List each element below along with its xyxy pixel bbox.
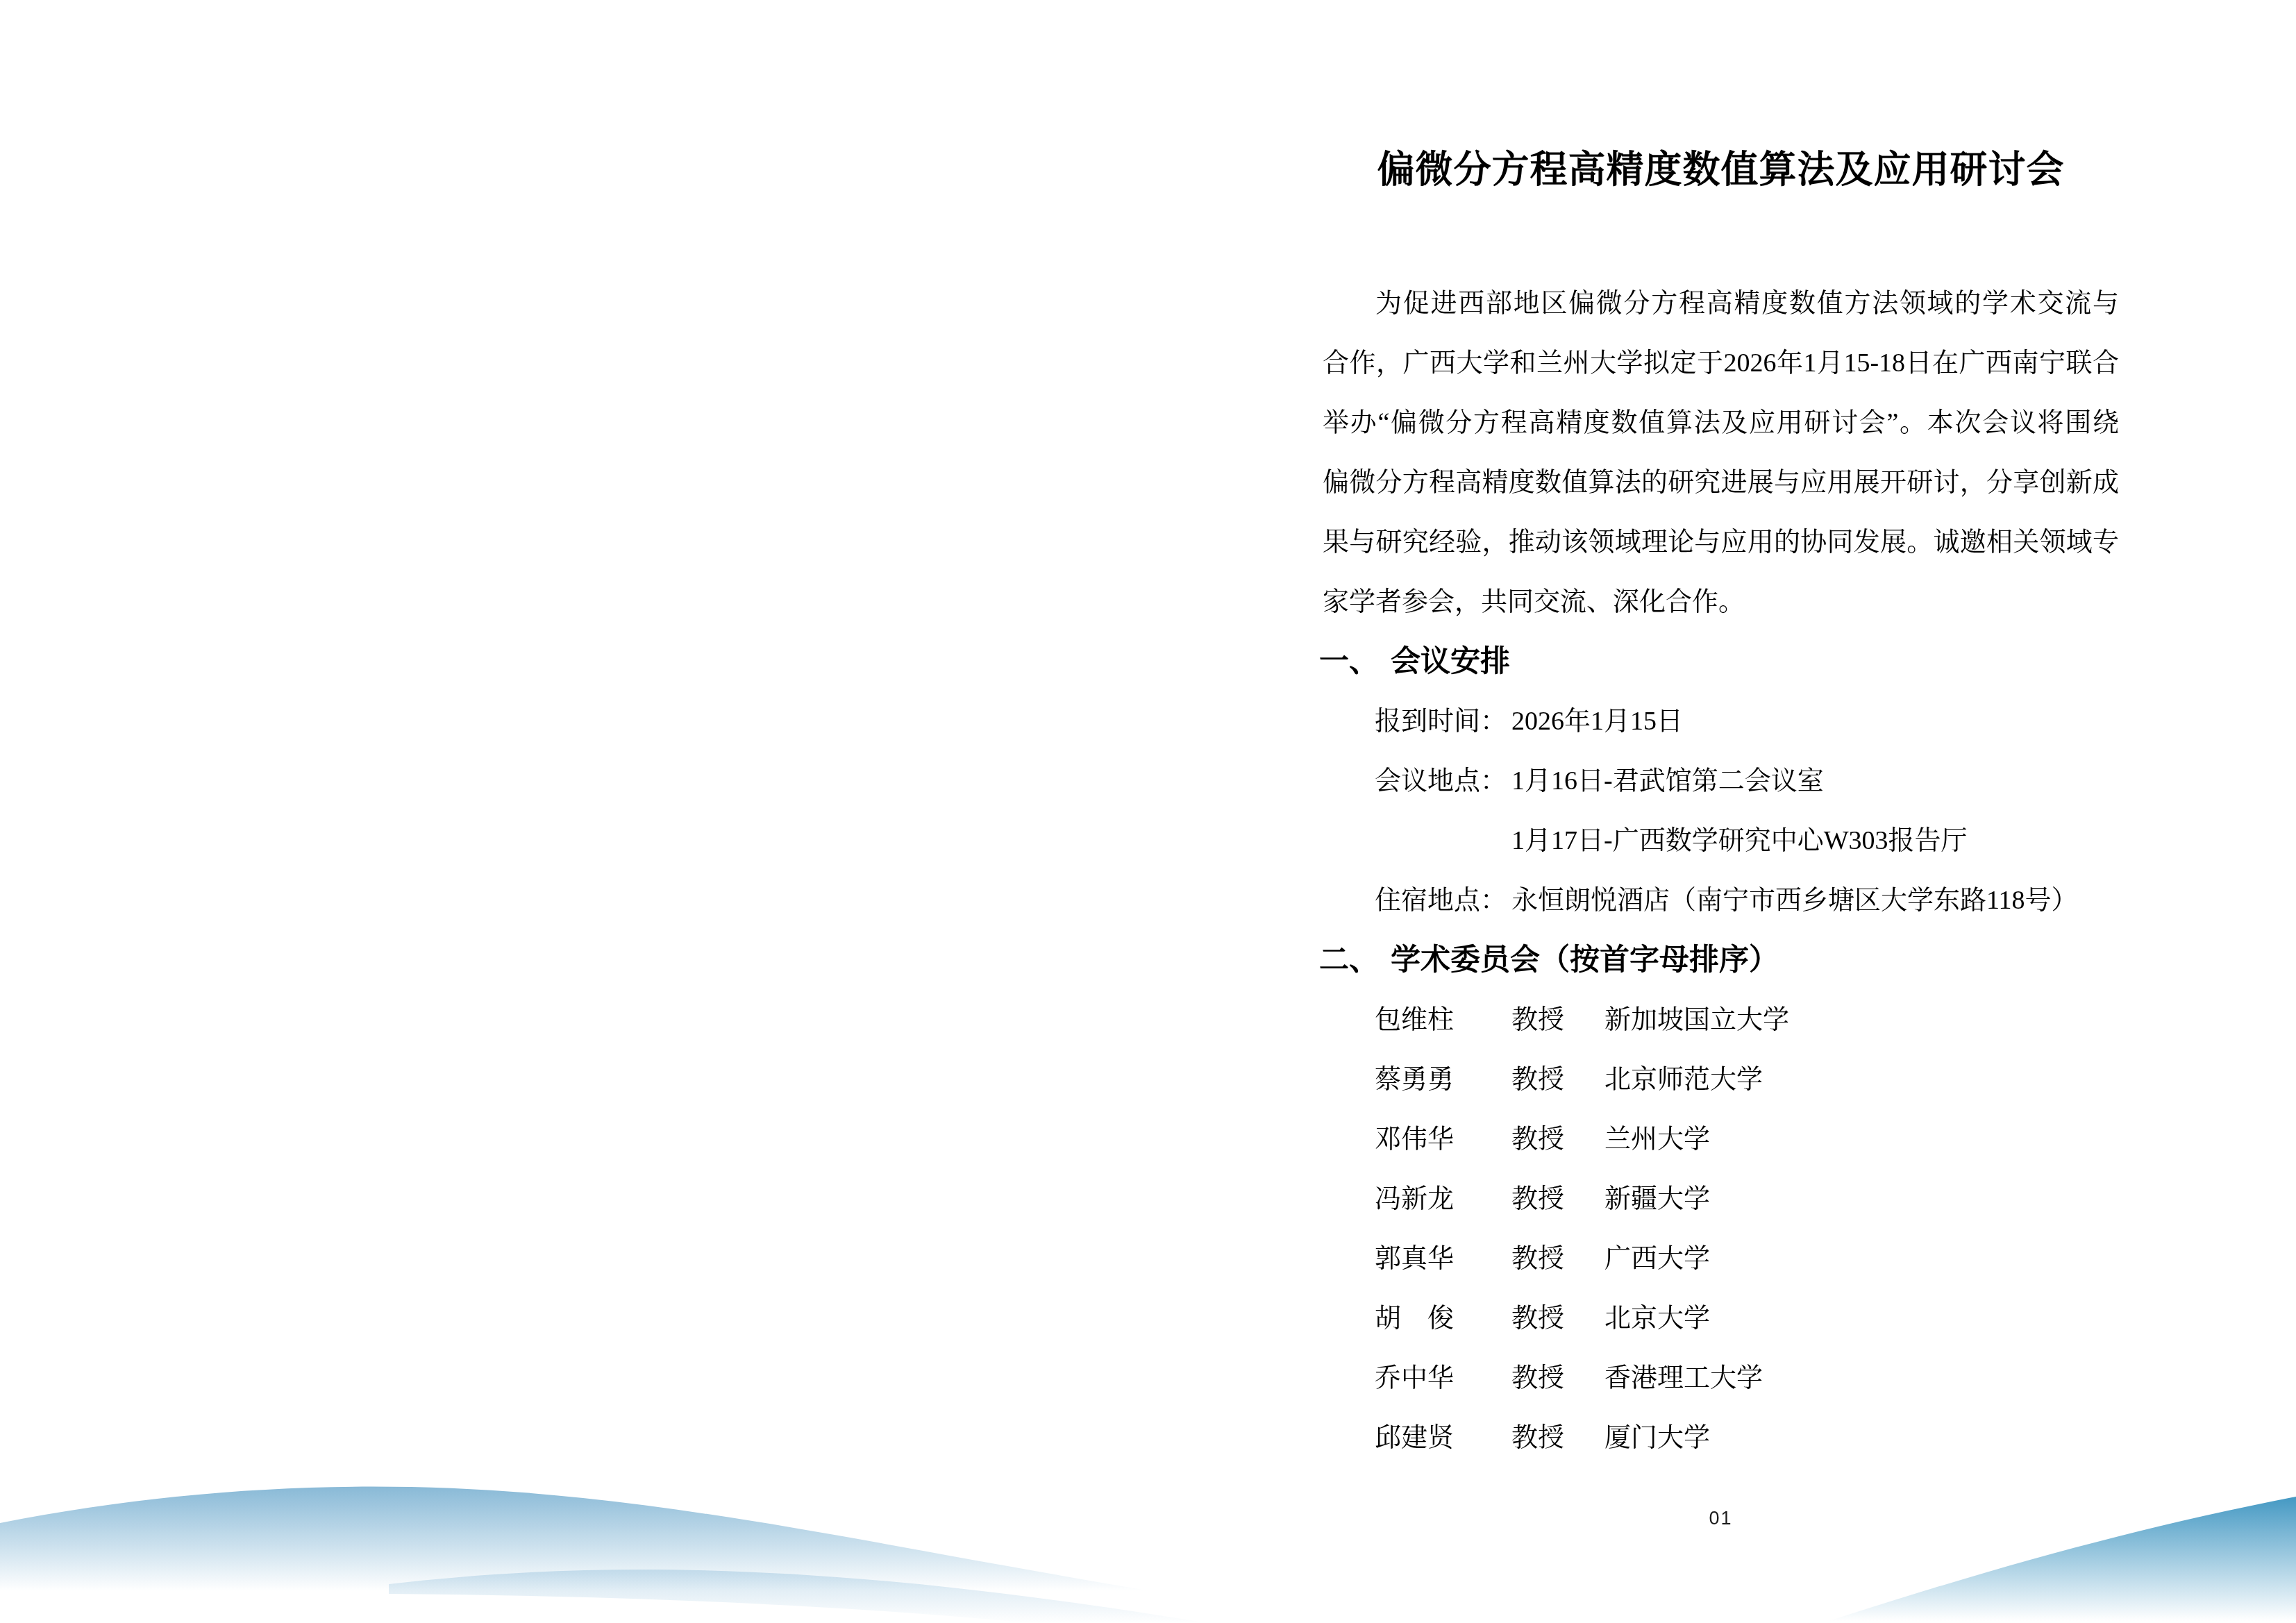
- member-title: 教授: [1511, 1288, 1604, 1348]
- member-university: 新加坡国立大学: [1604, 990, 1789, 1050]
- item-value: 永恒朗悦酒店（南宁市西乡塘区大学东路118号）: [1511, 886, 2078, 915]
- intro-line: 偏微分方程高精度数值算法的研究进展与应用展开研讨，分享创新成: [1323, 453, 2119, 512]
- member-title: 教授: [1511, 990, 1604, 1050]
- member-university: 广西大学: [1604, 1229, 1710, 1288]
- member-university: 兰州大学: [1604, 1109, 1710, 1169]
- section-heading-committee: 二、学术委员会（按首字母排序）: [1319, 930, 2119, 990]
- member-title: 教授: [1511, 1229, 1604, 1288]
- page-number: 01: [1323, 1508, 2119, 1529]
- committee-row: 胡 俊教授北京大学: [1323, 1288, 2119, 1348]
- member-university: 北京大学: [1604, 1288, 1710, 1348]
- arrangement-item-venue: 会议地点：1月16日-君武馆第二会议室: [1323, 751, 2119, 811]
- member-name: 郭真华: [1375, 1229, 1511, 1288]
- item-value: 2026年1月15日: [1511, 707, 1683, 736]
- intro-line: 合作，广西大学和兰州大学拟定于2026年1月15-18日在广西南宁联合: [1323, 333, 2119, 393]
- committee-row: 邱建贤教授厦门大学: [1323, 1408, 2119, 1468]
- member-title: 教授: [1511, 1109, 1604, 1169]
- member-university: 厦门大学: [1604, 1408, 1710, 1468]
- member-name: 蔡勇勇: [1375, 1050, 1511, 1109]
- intro-line: 家学者参会，共同交流、深化合作。: [1323, 572, 2119, 632]
- committee-row: 包维柱教授新加坡国立大学: [1323, 990, 2119, 1050]
- committee-row: 郭真华教授广西大学: [1323, 1229, 2119, 1288]
- member-name: 邓伟华: [1375, 1109, 1511, 1169]
- item-label: 住宿地点：: [1375, 871, 1511, 930]
- content-column: 为促进西部地区偏微分方程高精度数值方法领域的学术交流与 合作，广西大学和兰州大学…: [1323, 274, 2119, 1468]
- arrangement-item-hotel: 住宿地点：永恒朗悦酒店（南宁市西乡塘区大学东路118号）: [1323, 871, 2119, 930]
- intro-line: 为促进西部地区偏微分方程高精度数值方法领域的学术交流与: [1323, 274, 2119, 333]
- member-university: 新疆大学: [1604, 1169, 1710, 1229]
- page-title: 偏微分方程高精度数值算法及应用研讨会: [1323, 150, 2119, 190]
- arrangement-item-checkin: 报到时间：2026年1月15日: [1323, 691, 2119, 751]
- section-title: 学术委员会（按首字母排序）: [1391, 943, 1779, 977]
- section-numeral: 一、: [1319, 632, 1391, 691]
- member-title: 教授: [1511, 1169, 1604, 1229]
- arrangement-item-venue-day2: 1月17日-广西数学研究中心W303报告厅: [1323, 811, 2119, 871]
- member-title: 教授: [1511, 1408, 1604, 1468]
- member-name: 胡 俊: [1375, 1288, 1511, 1348]
- committee-row: 冯新龙教授新疆大学: [1323, 1169, 2119, 1229]
- section-title: 会议安排: [1391, 645, 1510, 678]
- item-label: 报到时间：: [1375, 691, 1511, 751]
- member-university: 香港理工大学: [1604, 1348, 1763, 1408]
- committee-row: 蔡勇勇教授北京师范大学: [1323, 1050, 2119, 1109]
- wave-left-main: [0, 1487, 1330, 1623]
- member-name: 包维柱: [1375, 990, 1511, 1050]
- document-page: 偏微分方程高精度数值算法及应用研讨会 为促进西部地区偏微分方程高精度数值方法领域…: [0, 0, 2296, 1623]
- intro-line: 举办“偏微分方程高精度数值算法及应用研讨会”。本次会议将围绕: [1323, 393, 2119, 453]
- intro-line: 果与研究经验，推动该领域理论与应用的协同发展。诚邀相关领域专: [1323, 512, 2119, 572]
- committee-row: 乔中华教授香港理工大学: [1323, 1348, 2119, 1408]
- member-title: 教授: [1511, 1348, 1604, 1408]
- member-university: 北京师范大学: [1604, 1050, 1763, 1109]
- item-label: 会议地点：: [1375, 751, 1511, 811]
- item-value: 1月16日-君武馆第二会议室: [1511, 766, 1824, 796]
- member-name: 邱建贤: [1375, 1408, 1511, 1468]
- committee-row: 邓伟华教授兰州大学: [1323, 1109, 2119, 1169]
- member-name: 乔中华: [1375, 1348, 1511, 1408]
- wave-left-secondary: [389, 1570, 1208, 1623]
- member-name: 冯新龙: [1375, 1169, 1511, 1229]
- section-heading-arrangement: 一、会议安排: [1319, 632, 2119, 691]
- member-title: 教授: [1511, 1050, 1604, 1109]
- section-numeral: 二、: [1319, 930, 1391, 990]
